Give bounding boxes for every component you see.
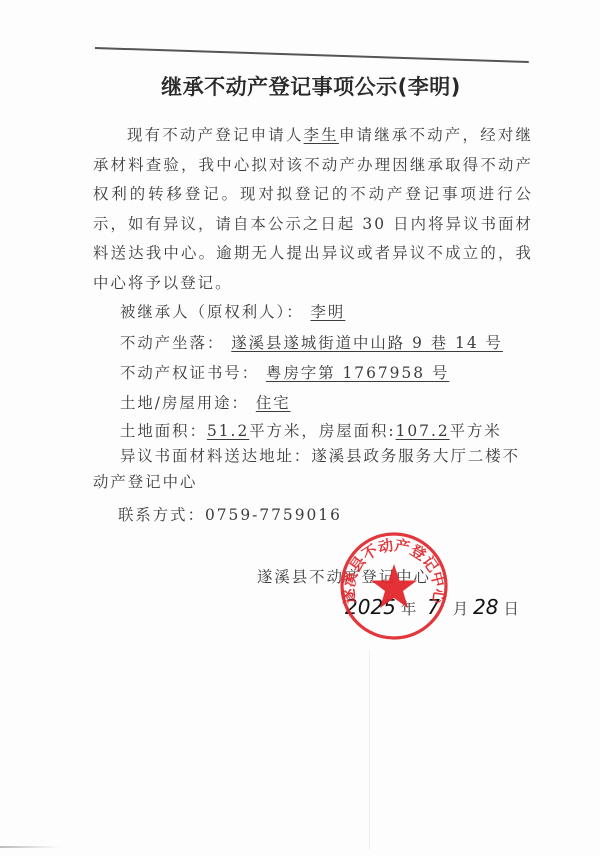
usage-value: 住宅 [256,394,291,412]
date-month-suffix: 月 [453,597,468,619]
building-area-unit: 平方米 [450,422,502,440]
location-label: 不动产坐落： [120,334,224,352]
location-value: 遂溪县遂城街道中山路 9 巷 14 号 [231,334,503,352]
notice-body: 现有不动产登记申请人李生申请继承不动产，经对继承材料查验，我中心拟对该不动产办理… [93,121,533,299]
signing-date: 2025 年 7 月 28 日 [345,595,519,619]
building-area-label: 房屋面积: [319,422,396,440]
land-area-unit: 平方米， [249,422,319,440]
area-row: 土地面积：51.2平方米，房屋面积:107.2平方米 [120,419,502,441]
intro-part2: 申请继承不动产，经对继承材料查验，我中心拟对该不动产办理因继承取得不动产权利的转… [93,126,533,292]
scan-edge-shadow [0,846,60,848]
objection-address-label: 异议书面材料送达地址： [120,447,311,465]
intro-part1: 现有不动产登记申请人 [127,126,304,144]
date-month-handwritten: 7 [427,595,440,619]
decedent-row: 被继承人（原权利人）： 李明 [120,300,345,322]
certificate-row: 不动产权证书号： 粤房字第 1767958 号 [120,361,449,383]
date-year-suffix: 年 [401,597,416,619]
signing-organization: 遂溪县不动产登记中心 [257,565,431,587]
building-area-value: 107.2 [396,422,450,440]
usage-label: 土地/房屋用途： [120,394,249,412]
location-row: 不动产坐落： 遂溪县遂城街道中山路 9 巷 14 号 [120,331,503,353]
land-area-label: 土地面积： [120,422,207,440]
decedent-value: 李明 [311,303,346,321]
header-rule [95,47,529,63]
intro-paragraph: 现有不动产登记申请人李生申请继承不动产，经对继承材料查验，我中心拟对该不动产办理… [93,121,533,299]
decedent-label: 被继承人（原权利人）： [120,303,304,321]
contact-value: 0759-7759016 [205,506,342,524]
land-area-value: 51.2 [207,422,249,440]
date-day-suffix: 日 [503,597,518,619]
certificate-value: 粤房字第 1767958 号 [266,364,449,382]
contact-label: 联系方式： [118,506,205,524]
date-year-handwritten: 2025 [345,595,396,619]
contact-row: 联系方式：0759-7759016 [118,503,342,525]
date-day-handwritten: 28 [473,595,498,619]
scan-fold-line [369,650,370,850]
usage-row: 土地/房屋用途： 住宅 [120,391,291,413]
applicant-name: 李生 [304,126,339,144]
objection-address-row: 异议书面材料送达地址：遂溪县政务服务大厅二楼不动产登记中心 [93,443,533,495]
page-title: 继承不动产登记事项公示(李明) [0,71,600,101]
certificate-label: 不动产权证书号： [120,364,259,382]
